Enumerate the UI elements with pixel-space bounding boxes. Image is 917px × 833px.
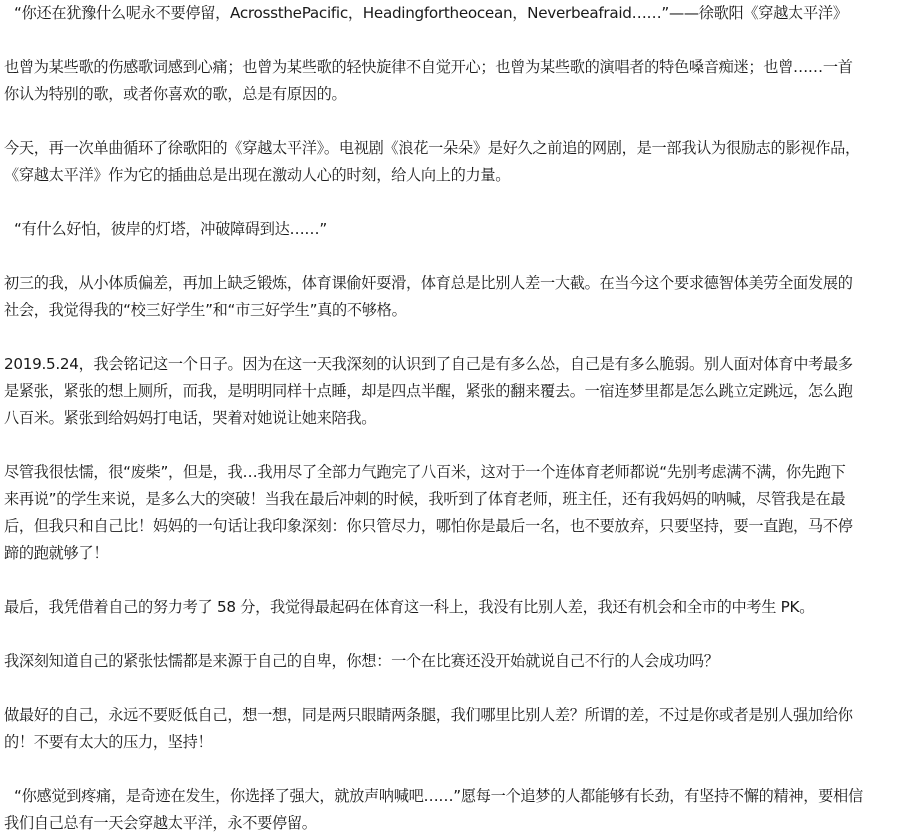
- paragraph-line: 做最好的自己，永远不要贬低自己，想一想，同是两只眼睛两条腿，我们哪里比别人差？所…: [4, 705, 853, 725]
- paragraph-line: 你认为特别的歌，或者你喜欢的歌，总是有原因的。: [4, 84, 346, 104]
- paragraph-line: 后，但我只和自己比！妈妈的一句话让我印象深刻：你只管尽力，哪怕你是最后一名，也不…: [4, 516, 853, 536]
- paragraph-line: 社会，我觉得我的“校三好学生”和“市三好学生”真的不够格。: [4, 300, 406, 320]
- paragraph-line: 是紧张，紧张的想上厕所，而我，是明明同样十点睡，却是四点半醒，紧张的翻来覆去。一…: [4, 381, 853, 401]
- paragraph-line: 《穿越太平洋》作为它的插曲总是出现在激动人心的时刻，给人向上的力量。: [4, 165, 510, 185]
- paragraph-line: “你感觉到疼痛，是奇迹在发生，你选择了强大，就放声呐喊吧……”愿每一个追梦的人都…: [14, 786, 863, 806]
- paragraph-line: 尽管我很怯懦，很“废柴”，但是，我…我用尽了全部力气跑完了八百米，这对于一个连体…: [4, 462, 846, 482]
- paragraph-line: 2019.5.24，我会铭记这一个日子。因为在这一天我深刻的认识到了自己是有多么…: [4, 354, 853, 374]
- paragraph-line: 我深刻知道自己的紧张怯懦都是来源于自己的自卑，你想：一个在比赛还没开始就说自己不…: [4, 651, 719, 671]
- paragraph-line: 今天，再一次单曲循环了徐歌阳的《穿越太平洋》。电视剧《浪花一朵朵》是好久之前追的…: [4, 138, 860, 158]
- paragraph-line: 八百米。紧张到给妈妈打电话，哭着对她说让她来陪我。: [4, 408, 376, 428]
- article-body: “你还在犹豫什么呢永不要停留，AcrossthePacific，Headingf…: [0, 0, 917, 833]
- paragraph-line: 最后，我凭借着自己的努力考了 58 分，我觉得最起码在体育这一科上，我没有比别人…: [4, 597, 814, 617]
- paragraph-line: 初三的我，从小体质偏差，再加上缺乏锻炼，体育课偷奸耍滑，体育总是比别人差一大截。…: [4, 273, 853, 293]
- paragraph-line: 来再说”的学生来说，是多么大的突破！当我在最后冲刺的时候，我听到了体育老师，班主…: [4, 489, 845, 509]
- paragraph-line: 我们自己总有一天会穿越太平洋，永不要停留。: [4, 813, 317, 833]
- paragraph-line: “你还在犹豫什么呢永不要停留，AcrossthePacific，Headingf…: [14, 3, 848, 23]
- paragraph-line: “有什么好怕，彼岸的灯塔，冲破障碍到达……”: [14, 219, 327, 239]
- paragraph-line: 蹄的跑就够了！: [4, 543, 108, 563]
- paragraph-line: 的！不要有太大的压力，坚持！: [4, 732, 212, 752]
- paragraph-line: 也曾为某些歌的伤感歌词感到心痛；也曾为某些歌的轻快旋律不自觉开心；也曾为某些歌的…: [4, 57, 853, 77]
